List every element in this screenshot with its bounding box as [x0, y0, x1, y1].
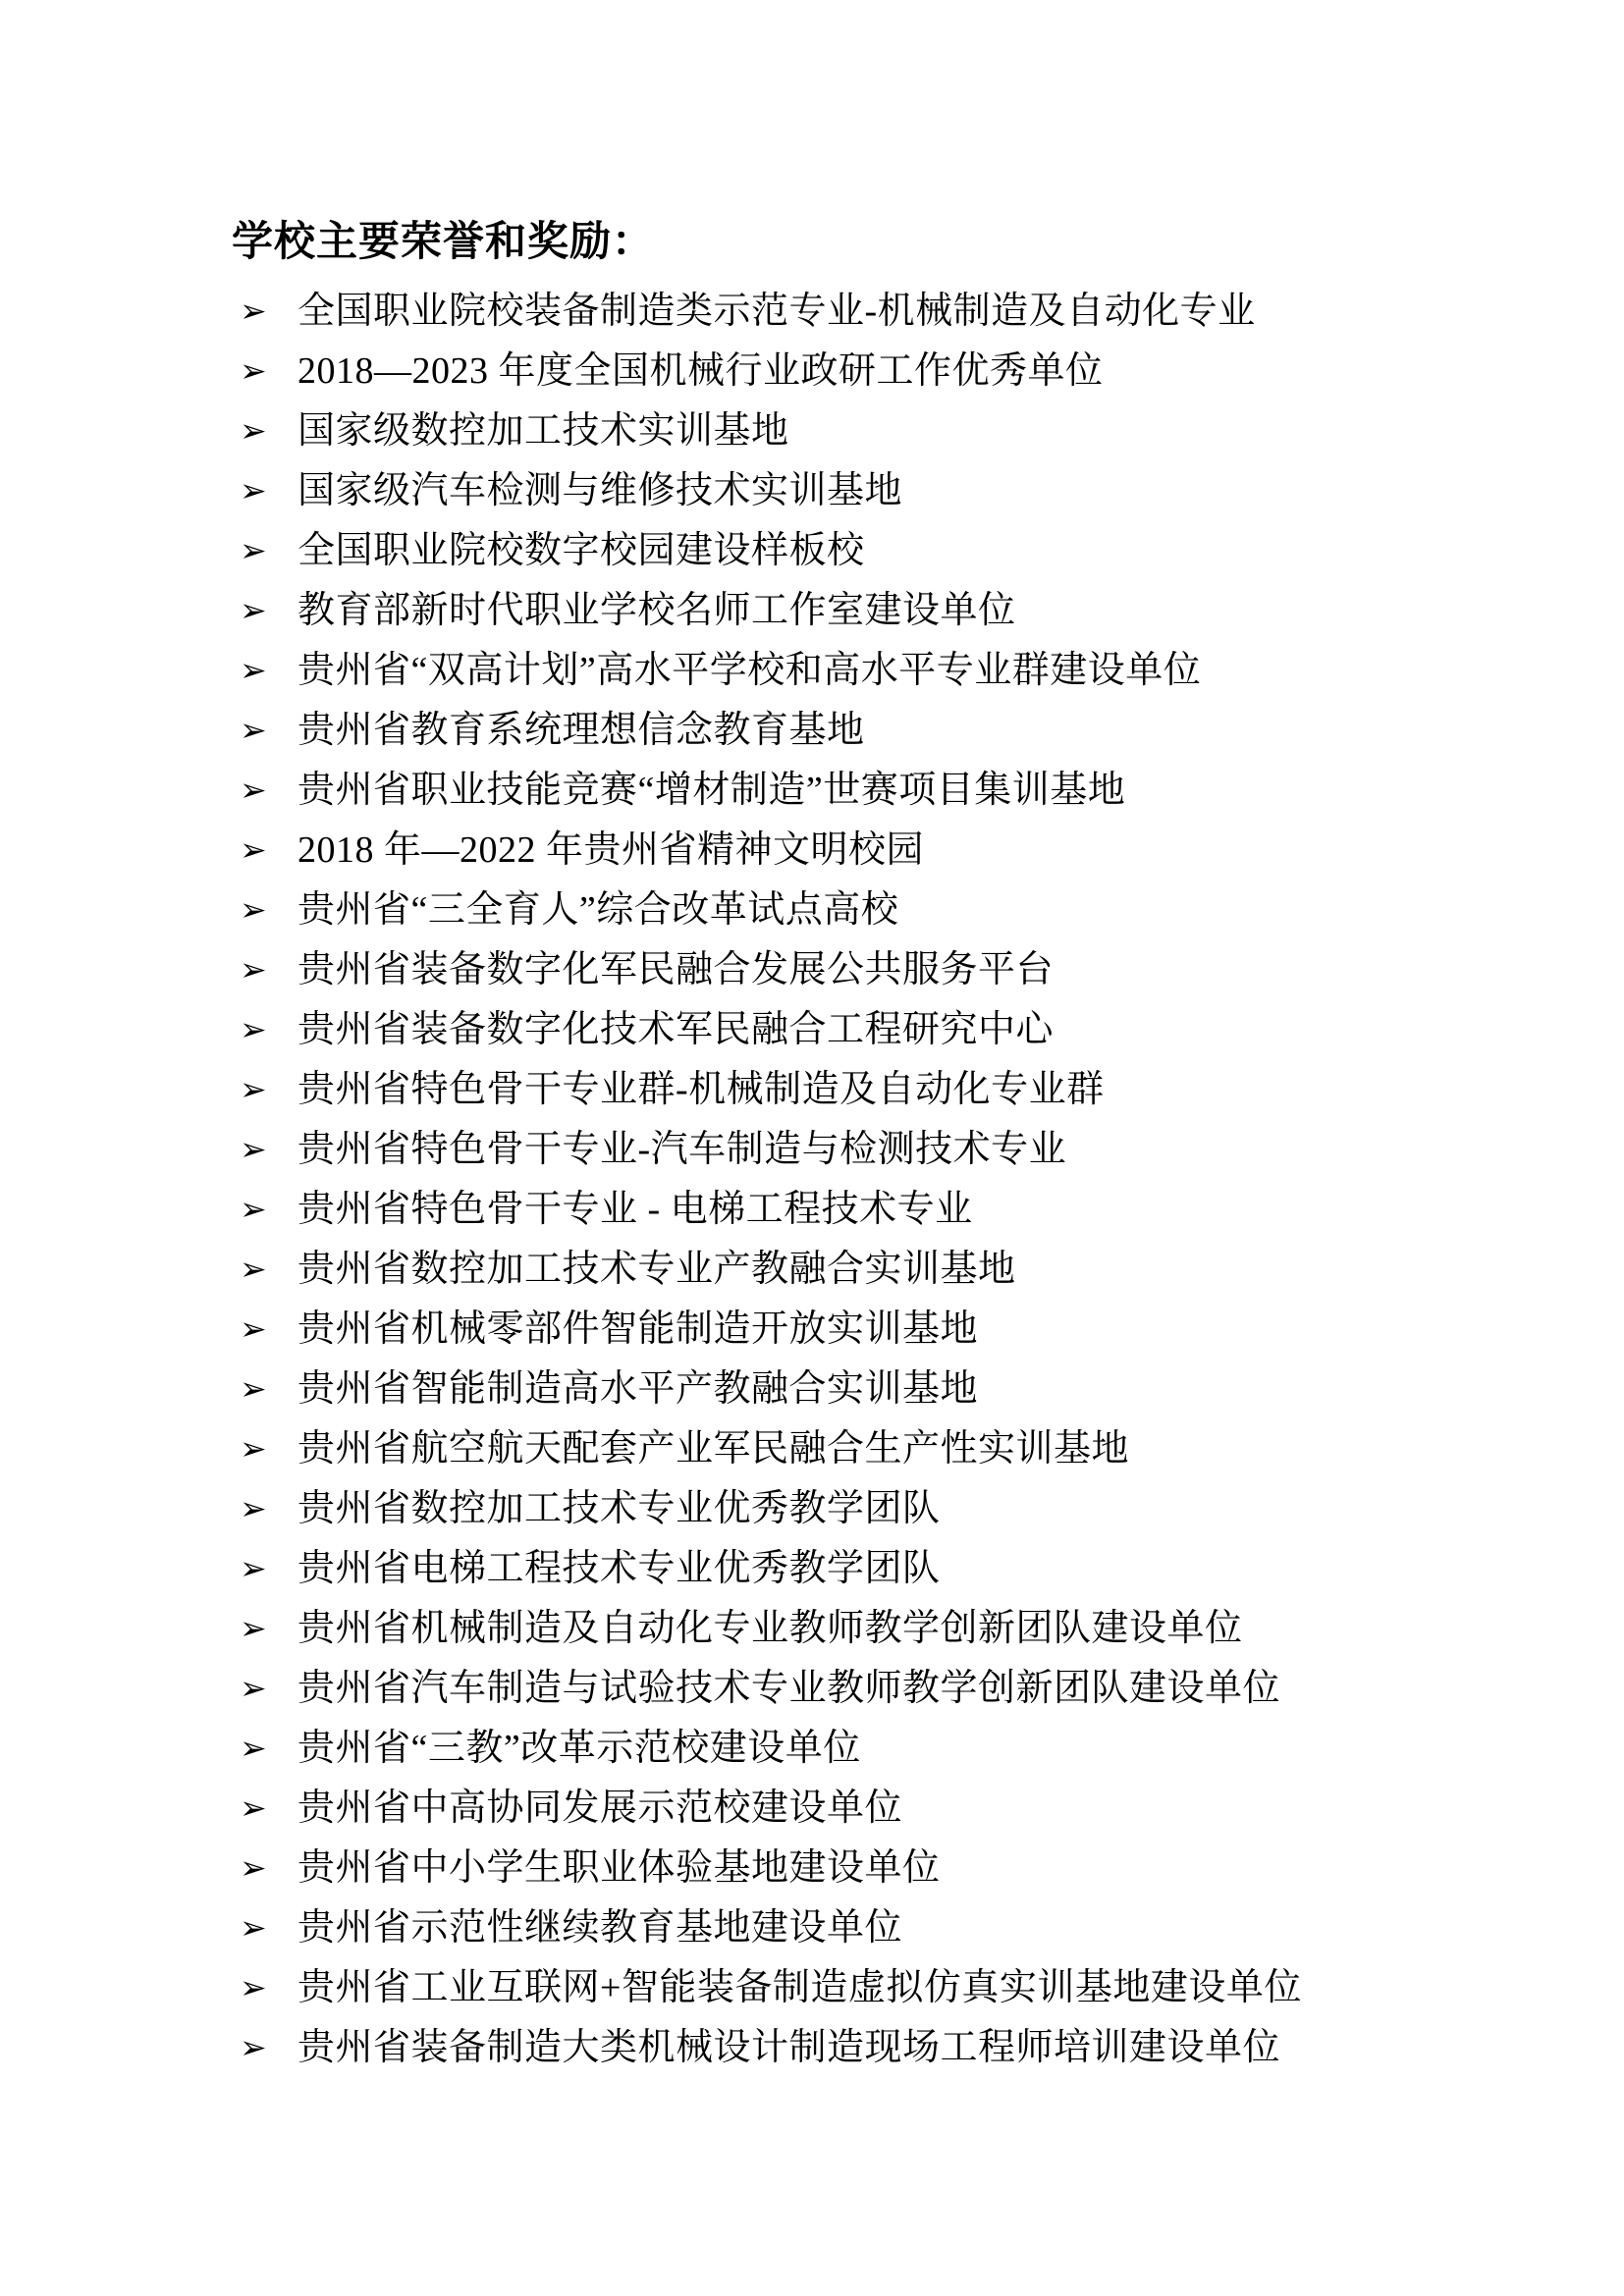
- honor-list-item: ➢ 贵州省数控加工技术专业产教融合实训基地: [232, 1239, 1565, 1299]
- arrow-bullet-icon: ➢: [240, 654, 298, 686]
- honor-text: 贵州省航空航天配套产业军民融合生产性实训基地: [298, 1430, 1129, 1468]
- honor-list-item: ➢ 贵州省机械零部件智能制造开放实训基地: [232, 1299, 1565, 1359]
- honor-list-item: ➢ 2018 年—2022 年贵州省精神文明校园: [232, 820, 1565, 880]
- arrow-bullet-icon: ➢: [240, 1013, 298, 1045]
- honor-list-item: ➢ 贵州省“三教”改革示范校建设单位: [232, 1718, 1565, 1778]
- honor-list-item: ➢ 贵州省特色骨干专业 - 电梯工程技术专业: [232, 1179, 1565, 1239]
- honor-list-item: ➢ 贵州省电梯工程技术专业优秀教学团队: [232, 1538, 1565, 1598]
- arrow-bullet-icon: ➢: [240, 953, 298, 986]
- arrow-bullet-icon: ➢: [240, 1552, 298, 1584]
- arrow-bullet-icon: ➢: [240, 833, 298, 866]
- honor-text: 贵州省特色骨干专业 - 电梯工程技术专业: [298, 1191, 973, 1228]
- honor-text: 贵州省中小学生职业体验基地建设单位: [298, 1849, 941, 1887]
- honor-list-item: ➢ 贵州省机械制造及自动化专业教师教学创新团队建设单位: [232, 1598, 1565, 1658]
- honor-text: 贵州省数控加工技术专业产教融合实训基地: [298, 1251, 1016, 1288]
- arrow-bullet-icon: ➢: [240, 1732, 298, 1764]
- honor-list-item: ➢ 贵州省数控加工技术专业优秀教学团队: [232, 1478, 1565, 1538]
- arrow-bullet-icon: ➢: [240, 1851, 298, 1884]
- honor-list-item: ➢ 贵州省汽车制造与试验技术专业教师教学创新团队建设单位: [232, 1658, 1565, 1718]
- arrow-bullet-icon: ➢: [240, 594, 298, 626]
- honor-text: 贵州省特色骨干专业群-机械制造及自动化专业群: [298, 1071, 1105, 1108]
- honor-list-item: ➢ 贵州省智能制造高水平产教融合实训基地: [232, 1359, 1565, 1418]
- honor-text: 贵州省中高协同发展示范校建设单位: [298, 1789, 902, 1827]
- honors-list: ➢ 全国职业院校装备制造类示范专业-机械制造及自动化专业 ➢ 2018—2023…: [232, 281, 1565, 2077]
- honor-text: 贵州省“三全育人”综合改革试点高校: [298, 891, 898, 929]
- honor-text: 贵州省装备数字化军民融合发展公共服务平台: [298, 951, 1054, 988]
- honor-list-item: ➢ 2018—2023 年度全国机械行业政研工作优秀单位: [232, 341, 1565, 400]
- honor-text: 贵州省“三教”改革示范校建设单位: [298, 1730, 861, 1767]
- arrow-bullet-icon: ➢: [240, 1911, 298, 1944]
- honor-list-item: ➢ 贵州省装备制造大类机械设计制造现场工程师培训建设单位: [232, 2017, 1565, 2077]
- honor-text: 贵州省数控加工技术专业优秀教学团队: [298, 1490, 941, 1527]
- honor-list-item: ➢ 全国职业院校数字校园建设样板校: [232, 520, 1565, 580]
- arrow-bullet-icon: ➢: [240, 354, 298, 387]
- arrow-bullet-icon: ➢: [240, 1612, 298, 1644]
- honor-text: 贵州省装备制造大类机械设计制造现场工程师培训建设单位: [298, 2029, 1280, 2066]
- honor-text: 贵州省特色骨干专业-汽车制造与检测技术专业: [298, 1131, 1066, 1168]
- honor-text: 贵州省装备数字化技术军民融合工程研究中心: [298, 1011, 1054, 1048]
- arrow-bullet-icon: ➢: [240, 1492, 298, 1524]
- honor-text: 2018 年—2022 年贵州省精神文明校园: [298, 831, 924, 869]
- honor-list-item: ➢ 教育部新时代职业学校名师工作室建设单位: [232, 580, 1565, 640]
- honor-text: 国家级数控加工技术实训基地: [298, 412, 789, 450]
- honor-text: 贵州省职业技能竞赛“增材制造”世赛项目集训基地: [298, 772, 1125, 809]
- honor-list-item: ➢ 贵州省装备数字化军民融合发展公共服务平台: [232, 939, 1565, 999]
- arrow-bullet-icon: ➢: [240, 1253, 298, 1285]
- arrow-bullet-icon: ➢: [240, 1073, 298, 1105]
- document-page: 学校主要荣誉和奖励： ➢ 全国职业院校装备制造类示范专业-机械制造及自动化专业 …: [0, 0, 1624, 2296]
- honor-text: 贵州省智能制造高水平产教融合实训基地: [298, 1370, 978, 1408]
- honor-text: 贵州省教育系统理想信念教育基地: [298, 712, 865, 749]
- arrow-bullet-icon: ➢: [240, 1193, 298, 1225]
- honor-text: 贵州省机械制造及自动化专业教师教学创新团队建设单位: [298, 1610, 1243, 1647]
- arrow-bullet-icon: ➢: [240, 474, 298, 507]
- honor-list-item: ➢ 贵州省特色骨干专业群-机械制造及自动化专业群: [232, 1059, 1565, 1119]
- honor-list-item: ➢ 贵州省教育系统理想信念教育基地: [232, 700, 1565, 760]
- honor-list-item: ➢ 贵州省中小学生职业体验基地建设单位: [232, 1838, 1565, 1897]
- honor-list-item: ➢ 贵州省中高协同发展示范校建设单位: [232, 1778, 1565, 1838]
- honor-list-item: ➢ 贵州省职业技能竞赛“增材制造”世赛项目集训基地: [232, 760, 1565, 820]
- honor-list-item: ➢ 贵州省“三全育人”综合改革试点高校: [232, 880, 1565, 939]
- honor-list-item: ➢ 贵州省特色骨干专业-汽车制造与检测技术专业: [232, 1119, 1565, 1179]
- arrow-bullet-icon: ➢: [240, 294, 298, 327]
- honor-text: 全国职业院校装备制造类示范专业-机械制造及自动化专业: [298, 293, 1256, 330]
- honor-list-item: ➢ 全国职业院校装备制造类示范专业-机械制造及自动化专业: [232, 281, 1565, 341]
- honor-text: 贵州省示范性继续教育基地建设单位: [298, 1909, 902, 1947]
- page-title: 学校主要荣誉和奖励：: [232, 220, 1565, 263]
- honor-list-item: ➢ 贵州省航空航天配套产业军民融合生产性实训基地: [232, 1418, 1565, 1478]
- arrow-bullet-icon: ➢: [240, 1971, 298, 2003]
- arrow-bullet-icon: ➢: [240, 1133, 298, 1165]
- arrow-bullet-icon: ➢: [240, 714, 298, 746]
- honor-text: 贵州省汽车制造与试验技术专业教师教学创新团队建设单位: [298, 1670, 1280, 1707]
- honor-text: 贵州省机械零部件智能制造开放实训基地: [298, 1310, 978, 1348]
- arrow-bullet-icon: ➢: [240, 1791, 298, 1824]
- arrow-bullet-icon: ➢: [240, 2031, 298, 2063]
- honor-list-item: ➢ 贵州省工业互联网+智能装备制造虚拟仿真实训基地建设单位: [232, 1957, 1565, 2017]
- honor-list-item: ➢ 贵州省装备数字化技术军民融合工程研究中心: [232, 999, 1565, 1059]
- honor-list-item: ➢ 贵州省“双高计划”高水平学校和高水平专业群建设单位: [232, 640, 1565, 700]
- honor-text: 贵州省工业互联网+智能装备制造虚拟仿真实训基地建设单位: [298, 1969, 1302, 2006]
- honor-text: 国家级汽车检测与维修技术实训基地: [298, 472, 902, 509]
- arrow-bullet-icon: ➢: [240, 1432, 298, 1465]
- honor-text: 教育部新时代职业学校名师工作室建设单位: [298, 592, 1016, 629]
- arrow-bullet-icon: ➢: [240, 414, 298, 447]
- honor-list-item: ➢ 贵州省示范性继续教育基地建设单位: [232, 1897, 1565, 1957]
- honor-list-item: ➢ 国家级数控加工技术实训基地: [232, 400, 1565, 460]
- honor-text: 贵州省电梯工程技术专业优秀教学团队: [298, 1550, 941, 1587]
- honor-text: 2018—2023 年度全国机械行业政研工作优秀单位: [298, 352, 1104, 390]
- arrow-bullet-icon: ➢: [240, 1372, 298, 1405]
- arrow-bullet-icon: ➢: [240, 1672, 298, 1704]
- arrow-bullet-icon: ➢: [240, 774, 298, 806]
- honor-list-item: ➢ 国家级汽车检测与维修技术实训基地: [232, 460, 1565, 520]
- arrow-bullet-icon: ➢: [240, 893, 298, 926]
- arrow-bullet-icon: ➢: [240, 534, 298, 566]
- honor-text: 全国职业院校数字校园建设样板校: [298, 532, 865, 569]
- arrow-bullet-icon: ➢: [240, 1312, 298, 1345]
- honor-text: 贵州省“双高计划”高水平学校和高水平专业群建设单位: [298, 652, 1201, 689]
